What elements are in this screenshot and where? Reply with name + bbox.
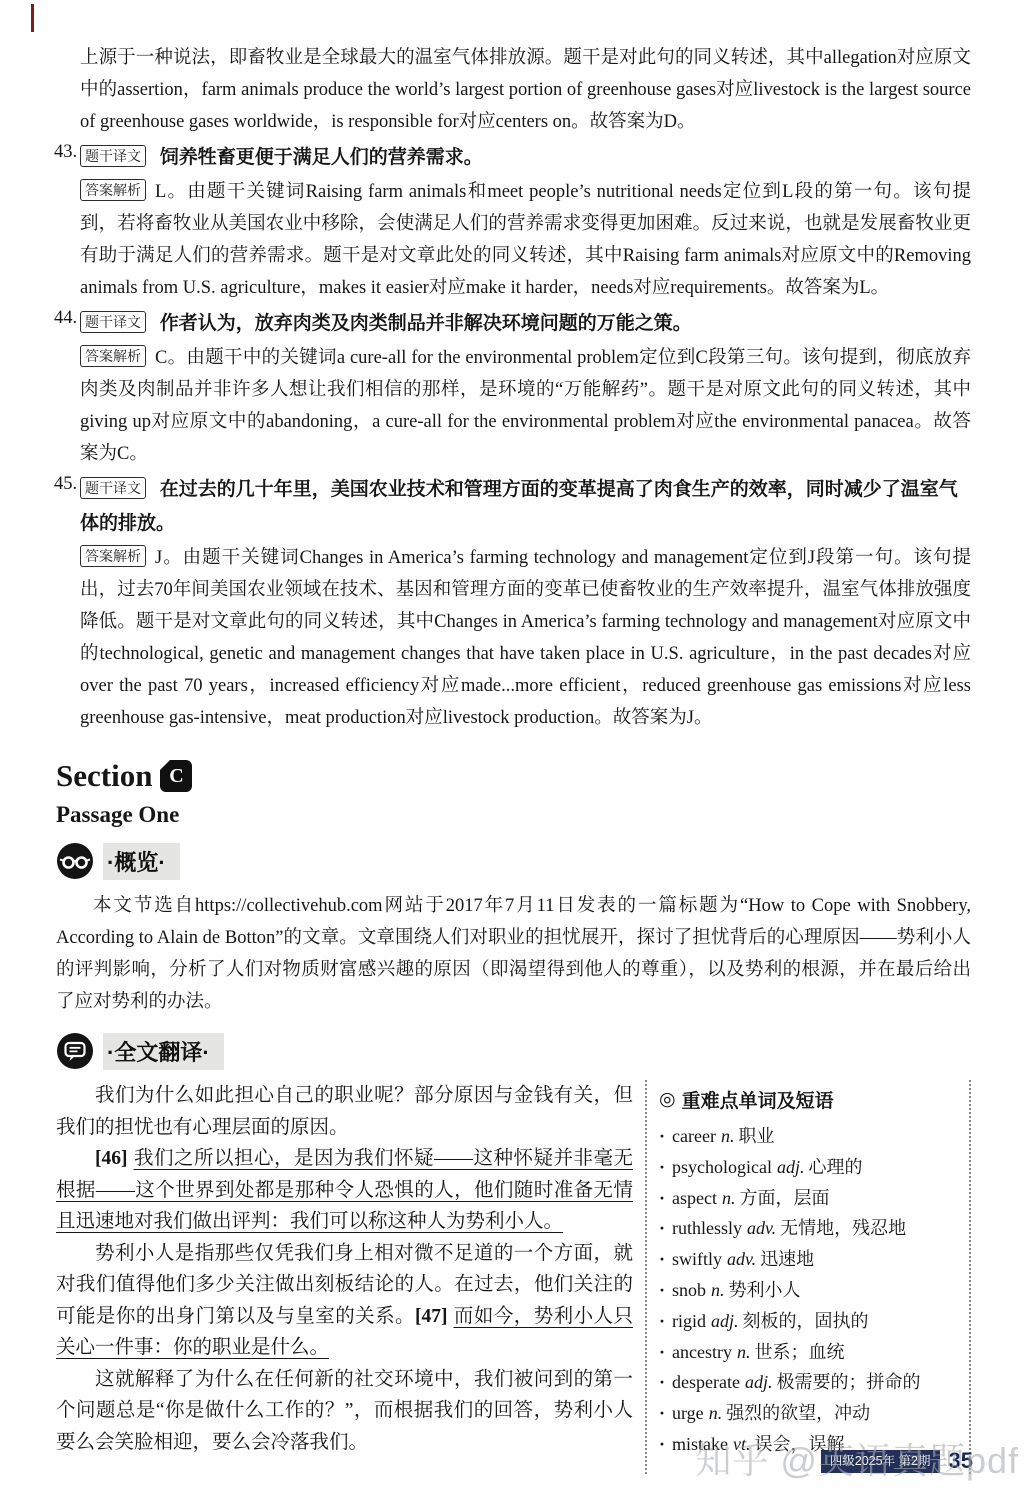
vocab-pos: n. xyxy=(711,1280,725,1300)
vocab-pos: adv. xyxy=(727,1249,756,1269)
section-c-page-icon: C xyxy=(160,760,192,792)
vocab-word: career xyxy=(672,1126,716,1146)
vocab-meaning: 无情地，残忍地 xyxy=(780,1218,906,1238)
page-number: 35 xyxy=(949,1448,973,1474)
overview-heading-label: ·概览· xyxy=(103,843,180,880)
vocab-word: ancestry xyxy=(672,1342,732,1362)
vocab-pos: n. xyxy=(737,1342,751,1362)
vocab-word: mistake xyxy=(672,1434,728,1454)
vocab-meaning: 心理的 xyxy=(809,1157,863,1177)
section-heading: Section C xyxy=(56,758,971,794)
answer-analysis-row: 答案解析C。由题干中的关键词a cure-all for the environ… xyxy=(80,342,971,470)
edition-banner: 四级2025年 第2期 xyxy=(821,1450,940,1473)
translation-layout: 我们为什么如此担心自己的职业呢？部分原因与金钱有关，但我们的担忧也有心理层面的原… xyxy=(56,1080,971,1474)
answer-analysis-row: 答案解析J。由题干关键词Changes in America’s farming… xyxy=(80,542,971,734)
vocab-heading-label: 重难点单词及短语 xyxy=(682,1086,834,1113)
stem-translation-tag: 题干译文 xyxy=(80,145,146,167)
vocab-word: desperate xyxy=(672,1372,740,1392)
answer-analysis-text: J。由题干关键词Changes in America’s farming tec… xyxy=(80,548,971,728)
page-content: 上源于一种说法，即畜牧业是全球最大的温室气体排放源。题干是对此句的同义转述，其中… xyxy=(0,0,1029,1474)
analysis-continuation-text: 上源于一种说法，即畜牧业是全球最大的温室气体排放源。题干是对此句的同义转述，其中… xyxy=(80,42,971,138)
vocab-item: rigidadj.刻板的，固执的 xyxy=(659,1306,963,1337)
vocab-word: urge xyxy=(672,1403,704,1423)
answer-analysis-tag: 答案解析 xyxy=(80,179,146,201)
vocab-list: careern.职业 psychologicaladj.心理的 aspectn.… xyxy=(659,1121,963,1460)
vocab-item: aspectn.方面，层面 xyxy=(659,1183,963,1214)
vocab-meaning: 世系；血统 xyxy=(754,1342,844,1362)
vocab-item: careern.职业 xyxy=(659,1121,963,1152)
scan-artifact-mark xyxy=(31,4,34,32)
book-page: 上源于一种说法，即畜牧业是全球最大的温室气体排放源。题干是对此句的同义转述，其中… xyxy=(0,0,1029,1508)
vocab-word: snob xyxy=(672,1280,706,1300)
section-title: Section xyxy=(56,758,152,794)
overview-heading: ·概览· xyxy=(56,842,971,880)
vocab-meaning: 方面，层面 xyxy=(740,1188,830,1208)
vocab-word: rigid xyxy=(672,1311,706,1331)
vocab-pos: n. xyxy=(722,1188,736,1208)
answer-analysis-text: C。由题干中的关键词a cure-all for the environment… xyxy=(80,348,971,464)
vocab-meaning: 强烈的欲望，冲动 xyxy=(726,1403,870,1423)
translation-paragraph-2: [46]我们之所以担心，是因为我们怀疑——这种怀疑并非毫无根据——这个世界到处都… xyxy=(56,1143,633,1238)
translation-paragraph-1: 我们为什么如此担心自己的职业呢？部分原因与金钱有关，但我们的担忧也有心理层面的原… xyxy=(56,1080,633,1143)
vocab-item: snobn.势利小人 xyxy=(659,1275,963,1306)
vocab-item: ruthlesslyadv.无情地，残忍地 xyxy=(659,1213,963,1244)
vocab-pos: vt. xyxy=(733,1434,751,1454)
vocab-meaning: 职业 xyxy=(738,1126,774,1146)
vocab-pos: adj. xyxy=(711,1311,739,1331)
target-icon: ◎ xyxy=(659,1090,676,1109)
answer-analysis-text: L。由题干关键词Raising farm animals和meet people… xyxy=(80,182,971,298)
vocab-heading: ◎ 重难点单词及短语 xyxy=(659,1086,963,1113)
vocab-meaning: 势利小人 xyxy=(729,1280,801,1300)
vocab-pos: adj. xyxy=(745,1372,773,1392)
vocab-item: swiftlyadv.迅速地 xyxy=(659,1244,963,1275)
vocab-word: ruthlessly xyxy=(672,1218,742,1238)
passage-title: Passage One xyxy=(56,802,971,828)
stem-row: 题干译文 作者认为，放弃肉类及肉类制品并非解决环境问题的万能之策。 xyxy=(80,307,971,341)
question-number: 45. xyxy=(54,474,77,495)
vocab-item: ancestryn.世系；血统 xyxy=(659,1337,963,1368)
stem-translation-tag: 题干译文 xyxy=(80,311,146,333)
speech-bubble-icon xyxy=(56,1032,94,1070)
stem-translation-tag: 题干译文 xyxy=(80,477,146,499)
qa-list: 43. 题干译文 饲养牲畜更便于满足人们的营养需求。 答案解析L。由题干关键词R… xyxy=(80,141,971,734)
answer-analysis-row: 答案解析L。由题干关键词Raising farm animals和meet pe… xyxy=(80,176,971,304)
translation-column: 我们为什么如此担心自己的职业呢？部分原因与金钱有关，但我们的担忧也有心理层面的原… xyxy=(56,1080,633,1474)
stem-translation-text: 饲养牲畜更便于满足人们的营养需求。 xyxy=(160,147,483,168)
stem-row: 题干译文 饲养牲畜更便于满足人们的营养需求。 xyxy=(80,141,971,175)
blank-46-marker: [46] xyxy=(95,1148,128,1169)
vocab-item: psychologicaladj.心理的 xyxy=(659,1152,963,1183)
question-number: 44. xyxy=(54,308,77,329)
vocab-pos: adj. xyxy=(777,1157,805,1177)
question-number: 43. xyxy=(54,142,77,163)
stem-translation-text: 在过去的几十年里，美国农业技术和管理方面的变革提高了肉食生产的效率，同时减少了温… xyxy=(80,479,958,534)
stem-translation-text: 作者认为，放弃肉类及肉类制品并非解决环境问题的万能之策。 xyxy=(160,313,692,334)
translation-heading: ·全文翻译· xyxy=(56,1032,971,1070)
vocab-item: urgen.强烈的欲望，冲动 xyxy=(659,1398,963,1429)
glasses-icon xyxy=(56,842,94,880)
vocab-meaning: 刻板的，固执的 xyxy=(743,1311,869,1331)
vocab-meaning: 极需要的；拼命的 xyxy=(777,1372,921,1392)
qa-item: 43. 题干译文 饲养牲畜更便于满足人们的营养需求。 答案解析L。由题干关键词R… xyxy=(80,141,971,304)
overview-text: 本文节选自https://collectivehub.com网站于2017年7月… xyxy=(56,890,971,1018)
vocab-pos: adv. xyxy=(747,1218,776,1238)
answer-analysis-tag: 答案解析 xyxy=(80,345,146,367)
page-footer: 四级2025年 第2期 35 xyxy=(821,1448,973,1474)
section-badge-letter: C xyxy=(169,765,183,788)
vocab-column: ◎ 重难点单词及短语 careern.职业 psychologicaladj.心… xyxy=(645,1080,971,1474)
blank-47-marker: [47] xyxy=(415,1306,448,1327)
answer-analysis-tag: 答案解析 xyxy=(80,545,146,567)
vocab-pos: n. xyxy=(709,1403,723,1423)
vocab-word: psychological xyxy=(672,1157,772,1177)
vocab-word: swiftly xyxy=(672,1249,722,1269)
vocab-pos: n. xyxy=(721,1126,735,1146)
vocab-word: aspect xyxy=(672,1188,717,1208)
stem-row: 题干译文 在过去的几十年里，美国农业技术和管理方面的变革提高了肉食生产的效率，同… xyxy=(80,473,971,541)
vocab-item: desperateadj.极需要的；拼命的 xyxy=(659,1367,963,1398)
translation-paragraph-3: 势利小人是指那些仅凭我们身上相对微不足道的一个方面，就对我们值得他们多少关注做出… xyxy=(56,1238,633,1364)
qa-item: 45. 题干译文 在过去的几十年里，美国农业技术和管理方面的变革提高了肉食生产的… xyxy=(80,473,971,734)
underlined-sentence-46: 我们之所以担心，是因为我们怀疑——这种怀疑并非毫无根据——这个世界到处都是那种令… xyxy=(56,1148,633,1232)
vocab-meaning: 迅速地 xyxy=(760,1249,814,1269)
qa-item: 44. 题干译文 作者认为，放弃肉类及肉类制品并非解决环境问题的万能之策。 答案… xyxy=(80,307,971,470)
translation-paragraph-4: 这就解释了为什么在任何新的社交环境中，我们被问到的第一个问题总是“你是做什么工作… xyxy=(56,1364,633,1459)
translation-heading-label: ·全文翻译· xyxy=(103,1033,224,1070)
